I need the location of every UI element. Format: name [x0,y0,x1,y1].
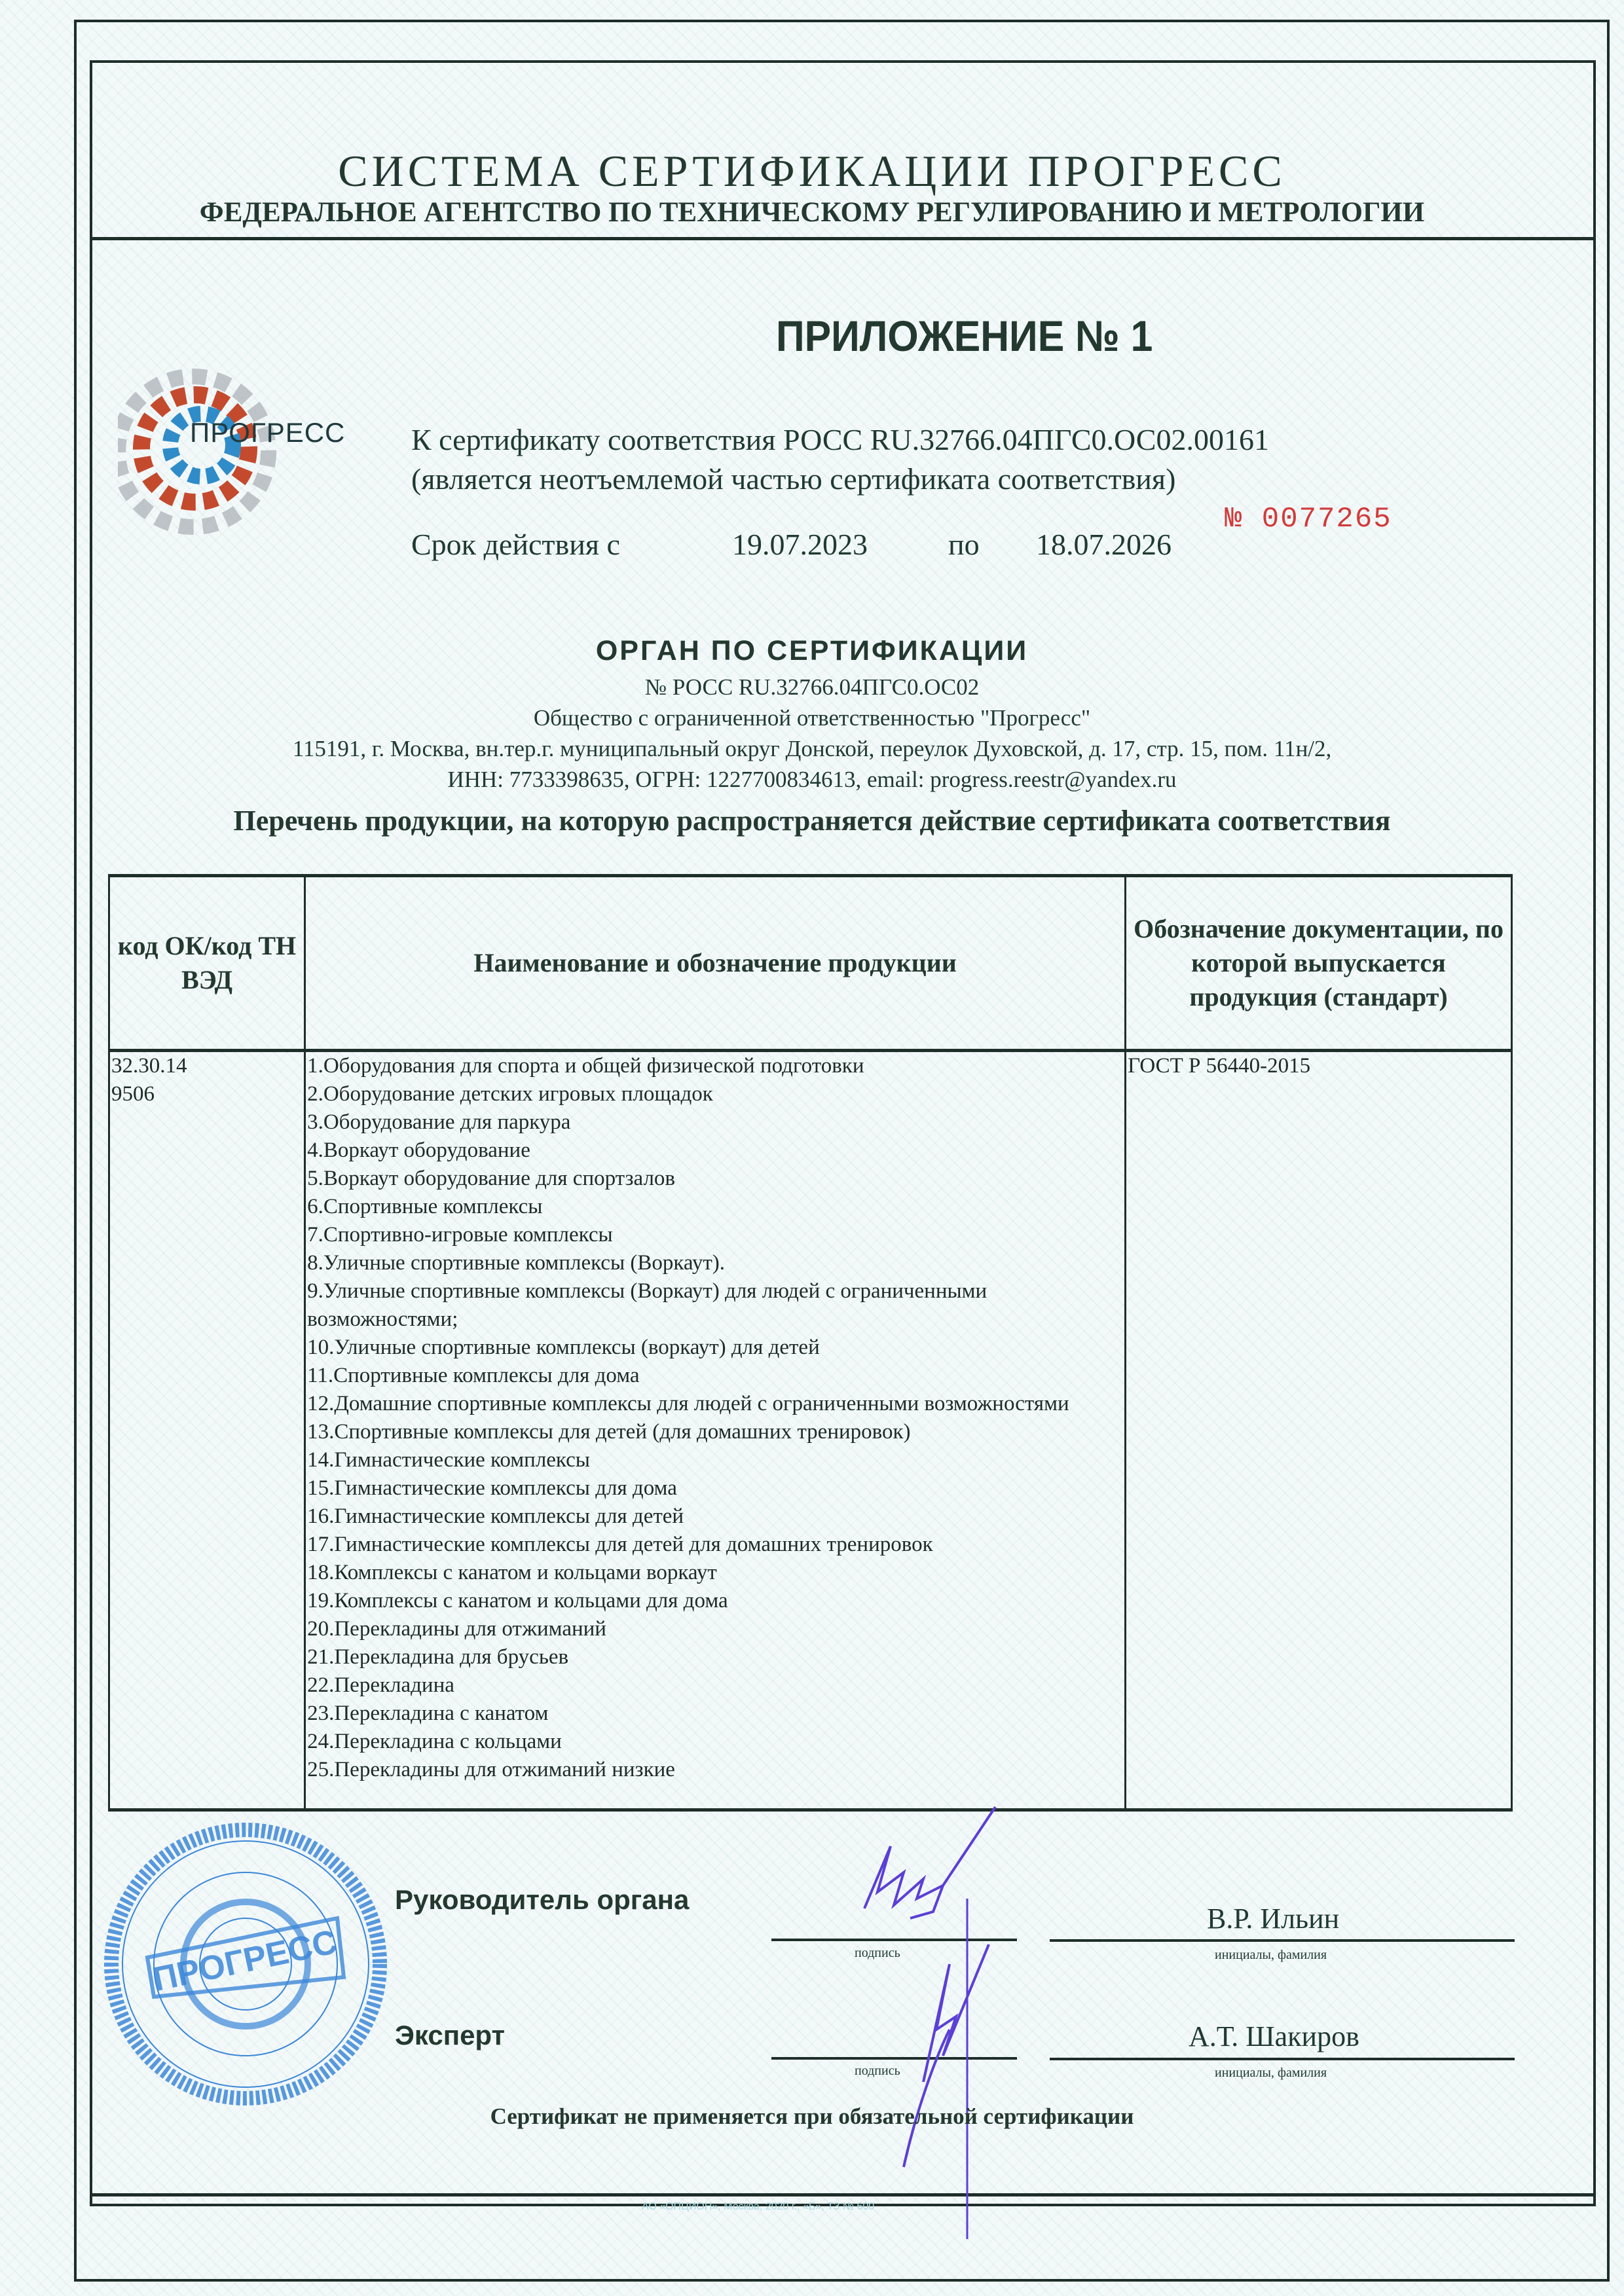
certificate-reference: К сертификату соответствия РОСС RU.32766… [411,422,1269,457]
header-name: Наименование и обозначение продукции [305,876,1126,1051]
list-item: 21.Перекладина для брусьев [307,1643,1123,1671]
logo-text: ПРОГРЕСС [190,417,345,448]
list-item: 23.Перекладина с канатом [307,1700,1123,1728]
list-item: 2.Оборудование детских игровых площадок [307,1080,1123,1108]
seal-stamp-icon: ПРОГРЕСС [101,1820,390,2108]
list-item: 1.Оборудования для спорта и общей физиче… [307,1052,1123,1080]
list-item: 15.Гимнастические комплексы для дома [307,1474,1123,1503]
list-item: 7.Спортивно-игровые комплексы [307,1221,1123,1249]
handwritten-signature-icon [819,1781,1113,2239]
table-header-row: код ОК/код ТН ВЭД Наименование и обознач… [109,876,1512,1051]
code-cell: 32.30.14 9506 [109,1051,305,1810]
standard-cell: ГОСТ Р 56440-2015 [1126,1051,1512,1810]
progress-gear-logo-icon [118,340,399,556]
list-item: 4.Воркаут оборудование [307,1137,1123,1165]
validity-label: Срок действия с [411,527,620,562]
expert-name-caption: инициалы, фамилия [1215,2066,1327,2081]
product-list-title: Перечень продукции, на которую распростр… [0,804,1624,837]
certification-body-number: № РОСС RU.32766.04ПГС0.ОС02 [0,674,1624,701]
to-label: по [948,527,980,562]
valid-from: 19.07.2023 [732,527,868,562]
list-item: 22.Перекладина [307,1671,1123,1700]
products-cell: 1.Оборудования для спорта и общей физиче… [305,1051,1126,1810]
valid-to: 18.07.2026 [1036,527,1172,562]
list-item: 17.Гимнастические комплексы для детей дл… [307,1531,1123,1559]
list-item: 18.Комплексы с канатом и кольцами воркау… [307,1559,1123,1587]
system-title: СИСТЕМА СЕРТИФИКАЦИИ ПРОГРЕСС [0,145,1624,197]
list-item: 12.Домашние спортивные комплексы для люд… [307,1390,1123,1418]
integral-note: (является неотъемлемой частью сертификат… [411,462,1175,496]
list-item: 13.Спортивные комплексы для детей (для д… [307,1418,1123,1446]
list-item: 3.Оборудование для паркура [307,1108,1123,1137]
expert-name-line [1050,2058,1515,2060]
standard-value: ГОСТ Р 56440-2015 [1128,1052,1509,1080]
code-tn-ved: 9506 [111,1080,303,1108]
list-item: 19.Комплексы с канатом и кольцами для до… [307,1587,1123,1615]
footer-notice: Сертификат не применяется при обязательн… [0,2104,1624,2130]
expert-label: Эксперт [395,2020,505,2051]
agency-title: ФЕДЕРАЛЬНОЕ АГЕНТСТВО ПО ТЕХНИЧЕСКОМУ РЕ… [0,196,1624,228]
header-divider [90,237,1596,240]
products-table: код ОК/код ТН ВЭД Наименование и обознач… [108,874,1513,1812]
list-item: 6.Спортивные комплексы [307,1193,1123,1221]
printer-line: АО «ОПЦИОН», Москва, 2020 г., «Б», ТЗ № … [642,2201,874,2213]
head-label: Руководитель органа [395,1884,689,1916]
table-row: 32.30.14 9506 1.Оборудования для спорта … [109,1051,1512,1810]
header-standard: Обозначение документации, по которой вып… [1126,876,1512,1051]
list-item: 8.Уличные спортивные комплексы (Воркаут)… [307,1249,1123,1277]
list-item: 9.Уличные спортивные комплексы (Воркаут)… [307,1277,1123,1334]
list-item: 24.Перекладина с кольцами [307,1728,1123,1756]
list-item: 16.Гимнастические комплексы для детей [307,1503,1123,1531]
code-ok: 32.30.14 [111,1052,303,1080]
list-item: 14.Гимнастические комплексы [307,1446,1123,1474]
list-item: 10.Уличные спортивные комплексы (воркаут… [307,1334,1123,1362]
head-name-line [1050,1939,1515,1942]
list-item: 11.Спортивные комплексы для дома [307,1362,1123,1390]
certification-body-address: 115191, г. Москва, вн.тер.г. муниципальн… [0,736,1624,762]
list-item: 5.Воркаут оборудование для спортзалов [307,1165,1123,1193]
appendix-title: ПРИЛОЖЕНИЕ № 1 [776,311,1153,361]
head-name: В.Р. Ильин [1207,1902,1339,1935]
head-name-caption: инициалы, фамилия [1215,1948,1327,1963]
certification-body-title: ОРГАН ПО СЕРТИФИКАЦИИ [0,635,1624,667]
certification-body-ids: ИНН: 7733398635, ОГРН: 1227700834613, em… [0,767,1624,793]
list-item: 20.Перекладины для отжиманий [307,1615,1123,1643]
certification-body-name: Общество с ограниченной ответственностью… [0,705,1624,731]
list-item: 25.Перекладины для отжиманий низкие [307,1756,1123,1784]
expert-name: А.Т. Шакиров [1189,2020,1359,2053]
serial-number: № 0077265 [1225,503,1392,536]
header-code: код ОК/код ТН ВЭД [109,876,305,1051]
